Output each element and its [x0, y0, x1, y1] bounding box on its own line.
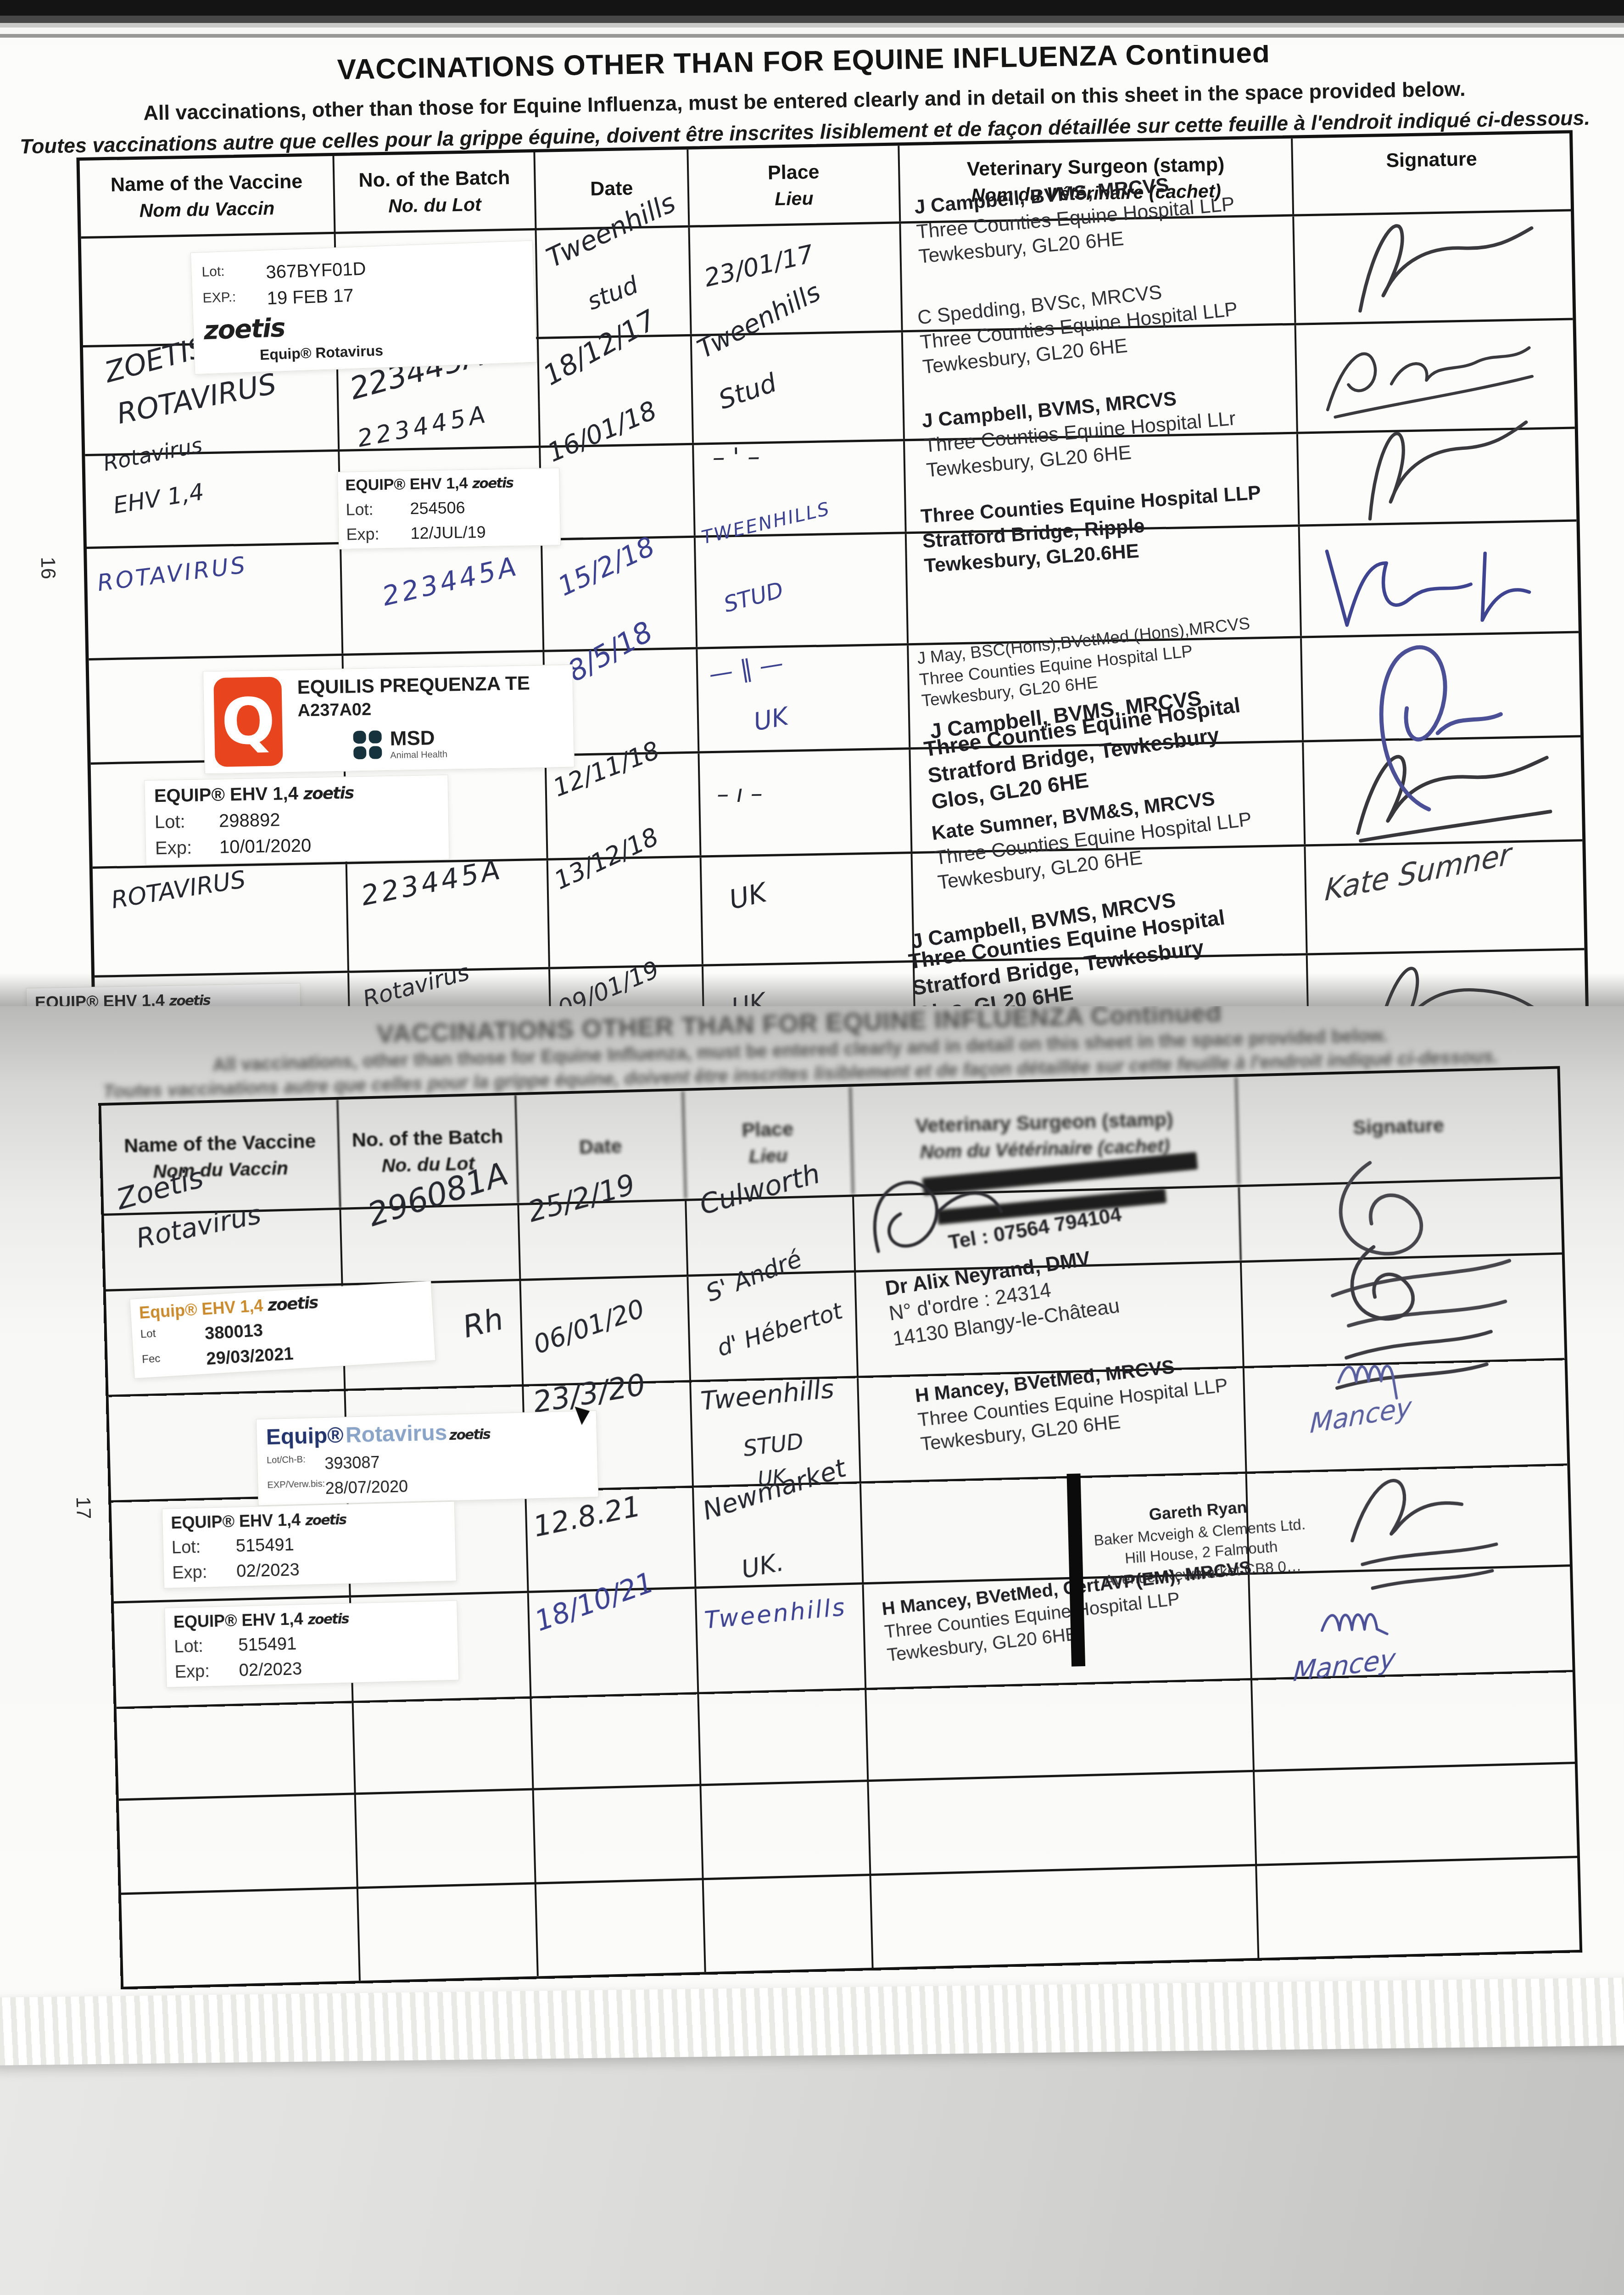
empty-cell: [119, 1795, 358, 1892]
sticker-lot-label: Lot:: [155, 811, 203, 833]
sticker-lot-value: 380013: [204, 1321, 263, 1344]
cell-date: 18/10/21: [529, 1589, 699, 1696]
empty-cell: [534, 1786, 704, 1882]
sticker-exp-value: 12/JUL/19: [410, 522, 486, 543]
handwriting-place-2: STUD: [742, 1428, 805, 1462]
empty-cell: [1255, 1764, 1577, 1864]
empty-cell: [536, 1880, 706, 1976]
cell-vaccine: ROTAVIRUS: [87, 544, 343, 658]
empty-cell: [356, 1791, 536, 1887]
sticker-product: EQUIP® EHV 1,4 zoetis: [345, 473, 552, 494]
vaccine-sticker-equilis: Q EQUILIS PREQUENZA TE A237A02 MSD Anima…: [203, 665, 575, 774]
sticker-exp-label: EXP.:: [202, 289, 251, 312]
equilis-q-logo: Q: [213, 677, 283, 767]
empty-cell: [1257, 1858, 1579, 1958]
empty-cell: [871, 1866, 1260, 1968]
empty-cell: [117, 1703, 356, 1798]
sticker-lot-label: Lot: [140, 1325, 189, 1348]
vaccination-table-page17: Name of the Vaccine Nom du Vaccin No. of…: [98, 1066, 1582, 1989]
scanned-vaccination-record: VACCINATIONS OTHER THAN FOR EQUINE INFLU…: [0, 0, 1624, 2295]
cell-signature: Kate Sumner: [1306, 841, 1584, 953]
cell-batch: 296081A: [341, 1205, 521, 1283]
zoetis-logo: zoetis: [449, 1427, 490, 1444]
sticker-exp-label: Exp:: [346, 524, 394, 544]
sticker-lot-label: Lot:: [346, 499, 394, 520]
cell-date: 06/01/20: [521, 1277, 691, 1384]
signature-squiggle: [1283, 1598, 1422, 1657]
cell-vet: H Mancey, BVetMed, CertAVP(EM), MRCVS Th…: [864, 1575, 1252, 1688]
handwriting-place: UK: [726, 877, 770, 915]
handwriting-ditto: – ı –: [717, 780, 763, 808]
batch-sticker: EQUIP® EHV 1,4 zoetis Lot:254506 Exp:12/…: [337, 468, 561, 549]
sticker-lot-value: 254506: [410, 498, 465, 518]
header-vaccine: Name of the Vaccine Nom du Vaccin: [80, 156, 336, 236]
sticker-exp-value: 28/07/2020: [325, 1477, 408, 1498]
cell-date: 13/12/18: [548, 858, 703, 967]
cell-signature: [1247, 1466, 1570, 1573]
empty-cell: [1252, 1672, 1575, 1770]
zoetis-logo: zoetis: [307, 1611, 349, 1628]
header-batch-en: No. of the Batch: [358, 167, 510, 192]
cell-batch: 223445A EQUIP® EHV 1,4 zoetis Lot:254506…: [340, 448, 542, 542]
handwriting-date: 15/2/18: [553, 531, 659, 602]
cell-signature: [1300, 521, 1579, 636]
zoetis-logo: zoetis: [472, 475, 513, 492]
cell-vaccine: Equip® EHV 1,4 zoetis Lot380013 Fec29/03…: [106, 1286, 346, 1395]
cell-vaccine: ROTAVIRUS: [93, 864, 349, 975]
sticker-lot-label: Lot:: [174, 1636, 222, 1657]
handwriting-place-2: d' Hébertot: [714, 1298, 846, 1362]
handwriting-place-2: STUD: [721, 577, 786, 617]
cell-vet: H Mancey, BVetMed, MRCVS Three Counties …: [859, 1368, 1247, 1481]
cell-place: S' André d' Hébertot: [688, 1272, 859, 1380]
cell-vaccine: EQUIP® EHV 1,4 zoetis Lot:515491 Exp:02/…: [111, 1497, 351, 1601]
empty-cell: [121, 1889, 361, 1987]
page-number-16: 16: [36, 557, 60, 580]
vaccine-sticker: EQUIP® EHV 1,4 zoetis Lot:515491 Exp:02/…: [162, 1501, 457, 1589]
cell-date: 12.8.21: [526, 1488, 696, 1590]
page-16-content: VACCINATIONS OTHER THAN FOR EQUINE INFLU…: [0, 26, 1624, 1006]
scan-edge-band: [0, 0, 1624, 45]
sticker-product: EQUIP® EHV 1,4 zoetis: [171, 1506, 446, 1533]
signature: [1305, 397, 1546, 526]
cell-batch: 223445A: [347, 861, 550, 971]
header-signature-label: Signature: [1386, 148, 1477, 172]
sticker-code: A237A02: [297, 697, 530, 721]
empty-cell: [358, 1884, 539, 1981]
empty-cell: [701, 1782, 871, 1878]
vaccine-sticker: EQUIP® EHV 1,4 zoetis Lot:298892 Exp:10/…: [144, 775, 449, 865]
handwriting-place: Tweenhills: [703, 1594, 848, 1634]
cell-vaccine: Equip® Rotavirus zoetis Lot/Ch-B:393087 …: [109, 1391, 349, 1500]
sticker-exp-value: 19 FEB 17: [267, 285, 354, 309]
page-number-17: 17: [72, 1496, 95, 1519]
cell-place: Tweenhills: [697, 1584, 867, 1692]
sticker-exp-value: 02/2023: [239, 1659, 302, 1680]
cell-vaccine: EQUIP® EHV 1,4 zoetis Lot:298892 Exp:10/…: [91, 760, 347, 867]
cell-batch: 223445A: [341, 541, 544, 654]
cell-signature: [1294, 212, 1573, 323]
sticker-product: EQUILIS PREQUENZA TE: [297, 672, 530, 698]
signature: [1298, 191, 1548, 325]
header-place-fr: Lieu: [775, 188, 814, 210]
page-17-content: VACCINATIONS OTHER THAN FOR EQUINE INFLU…: [0, 1006, 1624, 2039]
cell-vaccine: Rotavirus EHV 1,4: [85, 452, 341, 547]
vaccine-sticker: Equip® Rotavirus zoetis Lot/Ch-B:393087 …: [256, 1411, 599, 1506]
handwriting-place-2: Stud: [715, 368, 781, 415]
cell-vaccine: EQUIP® EHV 1,4 zoetis Lot:515491 Exp:02/…: [114, 1597, 354, 1707]
signature: [1316, 625, 1540, 822]
sticker-product: EQUIP® EHV 1,4 zoetis: [173, 1606, 449, 1632]
empty-cell: [354, 1699, 534, 1793]
cell-signature: Mancey: [1250, 1567, 1572, 1678]
handwriting-place-2: UK.: [739, 1547, 786, 1584]
sticker-exp-label: EXP/Verw.bis:: [267, 1479, 309, 1500]
sticker-exp-label: Fec: [142, 1350, 190, 1373]
cell-place: UK: [702, 854, 915, 964]
sticker-lot-label: Lot:: [171, 1537, 219, 1558]
empty-cell: [704, 1876, 874, 1972]
cell-signature: [1242, 1254, 1564, 1366]
vet-initial-scrawl: [839, 1161, 1007, 1275]
handwriting-vaccine: ROTAVIRUS: [96, 551, 249, 596]
header-batch: No. of the Batch No. du Lot: [334, 152, 536, 232]
vaccination-table-page16: Name of the Vaccine Nom du Vaccin No. of…: [76, 130, 1590, 1006]
sticker-product: EQUIP® EHV 1,4 zoetis: [154, 781, 439, 806]
sticker-lot-label: Lot:: [201, 263, 250, 285]
cell-place: — ‖ — UK: [698, 645, 910, 751]
cell-date: 16/01/18: [541, 445, 696, 538]
cell-vaccine: Lot: 367BYF01D EXP.: 19 FEB 17 zoetis Eq…: [81, 234, 338, 345]
sticker-exp-label: Exp:: [174, 1662, 223, 1683]
header-place-en: Place: [768, 161, 820, 185]
cell-place: Tweenhills Stud: [692, 332, 905, 442]
header-batch-fr: No. du Lot: [388, 194, 481, 217]
sticker-exp-label: Exp:: [172, 1562, 220, 1584]
scan-background-lower: [0, 2038, 1624, 2295]
zoetis-logo: zoetis: [303, 784, 354, 803]
cell-signature: [1298, 429, 1577, 525]
sticker-lot-label: Lot/Ch-B:: [267, 1455, 308, 1475]
empty-cell: [699, 1690, 869, 1784]
handwriting-vaccine: ROTAVIRUS: [109, 866, 247, 914]
page-17-sheet: VACCINATIONS OTHER THAN FOR EQUINE INFLU…: [0, 1006, 1624, 2039]
cell-date: Tweenhills stud: [536, 228, 692, 337]
zoetis-logo: zoetis: [267, 1293, 318, 1315]
sticker-lot-value: 298892: [219, 810, 280, 831]
cell-place: Newmarket UK.: [694, 1483, 864, 1586]
cell-date: 25/2/19: [519, 1201, 688, 1279]
sticker-exp-label: Exp:: [155, 837, 203, 859]
header-date-label: Date: [590, 177, 633, 201]
sticker-lot-value: 515491: [235, 1535, 294, 1556]
page-16-sheet: VACCINATIONS OTHER THAN FOR EQUINE INFLU…: [0, 26, 1624, 1006]
handwriting-batch: Rh: [459, 1301, 507, 1345]
sticker-lot-value: 393087: [324, 1453, 380, 1473]
handwriting-batch: 223445A: [379, 550, 522, 612]
handwriting-vaccine-2: EHV 1,4: [112, 478, 206, 519]
empty-cell: [532, 1694, 702, 1788]
header-vaccine-fr: Nom du Vaccin: [139, 197, 274, 221]
sticker-exp-value: 29/03/2021: [206, 1344, 294, 1369]
msd-mark-icon: [353, 730, 382, 759]
blurred-header: VACCINATIONS OTHER THAN FOR EQUINE INFLU…: [0, 1006, 1611, 1027]
vaccine-sticker: Lot: 367BYF01D EXP.: 19 FEB 17 zoetis Eq…: [190, 241, 537, 375]
msd-logo: MSD Animal Health: [353, 725, 531, 761]
cell-place: – ı –: [699, 750, 912, 855]
sticker-product: Equip® Rotavirus zoetis: [266, 1416, 587, 1450]
equilis-text: EQUILIS PREQUENZA TE A237A02 MSD Animal …: [297, 672, 531, 762]
handwriting-ditto: — ‖ —: [707, 649, 785, 688]
handwriting-date: 06/01/20: [530, 1293, 648, 1360]
sticker-exp-value: 02/2023: [236, 1560, 300, 1581]
empty-cell: [866, 1680, 1255, 1780]
vaccine-sticker: EQUIP® EHV 1,4 zoetis Lot:515491 Exp:02/…: [164, 1601, 459, 1688]
sticker-lot-value: 367BYF01D: [266, 259, 366, 283]
signature-name: Kate Sumner: [1324, 837, 1512, 908]
sticker-lot-value: 515491: [238, 1634, 297, 1656]
sticker-exp-value: 10/01/2020: [219, 835, 312, 858]
handwriting-ditto: – ' –: [712, 442, 760, 472]
handwriting-place-in-date-2: stud: [584, 271, 642, 316]
cell-vaccine: Q EQUILIS PREQUENZA TE A237A02 MSD Anima…: [89, 656, 346, 762]
header-place: Place Lieu: [688, 146, 901, 225]
empty-cell: [869, 1772, 1257, 1874]
cell-vaccine: Zoetis Rotavirus: [104, 1210, 343, 1289]
zoetis-logo: zoetis: [305, 1512, 346, 1529]
handwriting-place: UK: [751, 702, 791, 737]
cell-place: TWEENHILLS STUD: [696, 534, 909, 647]
page-overlap-shadow: [0, 973, 1624, 1010]
header-vaccine-en: Name of the Vaccine: [110, 171, 302, 197]
